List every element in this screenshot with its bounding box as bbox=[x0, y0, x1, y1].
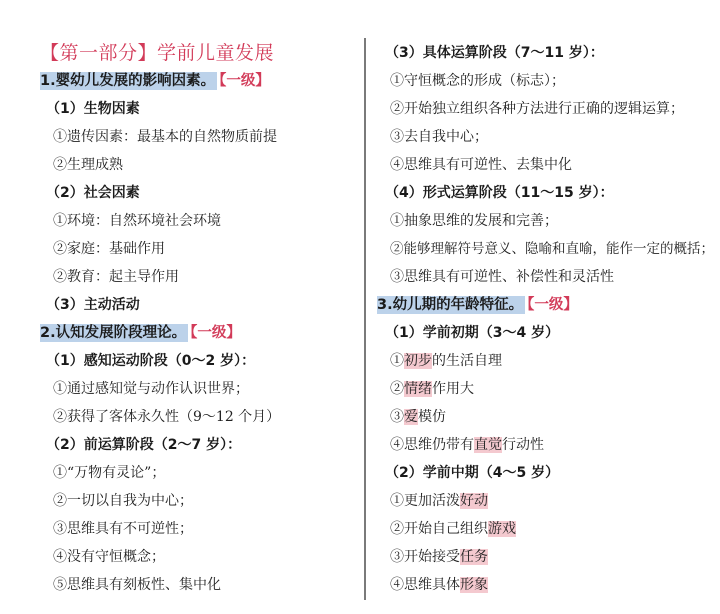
section-heading-1: 1.婴幼儿发展的影响因素。【一级】 bbox=[40, 71, 270, 91]
keyword-highlight: 形象 bbox=[460, 577, 488, 593]
item-text: ① bbox=[390, 353, 404, 369]
list-item: ④思维具有可逆性、去集中化 bbox=[390, 155, 572, 175]
list-item: ③思维具有可逆性、补偿性和灵活性 bbox=[390, 267, 614, 287]
subsection-title: （4）形式运算阶段（11～15 岁）： bbox=[385, 183, 614, 203]
list-item: ②获得了客体永久性（9～12 个月） bbox=[53, 407, 280, 427]
item-text: ①更加活泼 bbox=[390, 493, 460, 509]
list-item: ②教育：起主导作用 bbox=[53, 267, 179, 287]
list-item: ①抽象思维的发展和完善； bbox=[390, 211, 558, 231]
list-item: ②一切以自我为中心； bbox=[53, 491, 193, 511]
list-item: ①遗传因素：最基本的自然物质前提 bbox=[53, 127, 277, 147]
list-item: ①环境：自然环境社会环境 bbox=[53, 211, 221, 231]
list-item: ④思维具体形象 bbox=[390, 575, 488, 595]
list-item: ①守恒概念的形成（标志）； bbox=[390, 71, 565, 91]
section-heading-text: 2.认知发展阶段理论。 bbox=[40, 324, 188, 342]
item-text: 作用大 bbox=[432, 381, 474, 397]
list-item: ②开始独立组织各种方法进行正确的逻辑运算； bbox=[390, 99, 684, 119]
subsection-title: （1）生物因素 bbox=[46, 99, 140, 119]
list-item: ④没有守恒概念； bbox=[53, 547, 165, 567]
item-text: ④思维仍带有 bbox=[390, 437, 474, 453]
list-item: ②开始自己组织游戏 bbox=[390, 519, 516, 539]
section-heading-3: 3.幼儿期的年龄特征。【一级】 bbox=[377, 295, 578, 315]
list-item: ②能够理解符号意义、隐喻和直喻，能作一定的概括； bbox=[390, 239, 714, 259]
level-tag: 【一级】 bbox=[527, 297, 578, 313]
keyword-highlight: 情绪 bbox=[404, 381, 432, 397]
list-item: ①初步的生活自理 bbox=[390, 351, 502, 371]
list-item: ②情绪作用大 bbox=[390, 379, 474, 399]
list-item: ③爱模仿 bbox=[390, 407, 446, 427]
keyword-highlight: 任务 bbox=[460, 549, 488, 565]
list-item: ③思维具有不可逆性； bbox=[53, 519, 193, 539]
item-text: 模仿 bbox=[418, 409, 446, 425]
list-item: ④思维仍带有直觉行动性 bbox=[390, 435, 544, 455]
list-item: ①更加活泼好动 bbox=[390, 491, 488, 511]
list-item: ①通过感知觉与动作认识世界； bbox=[53, 379, 249, 399]
subsection-title: （2）学前中期（4～5 岁） bbox=[385, 463, 559, 483]
item-text: ② bbox=[390, 381, 404, 397]
item-text: 行动性 bbox=[502, 437, 544, 453]
level-tag: 【一级】 bbox=[219, 73, 270, 89]
subsection-title: （2）社会因素 bbox=[46, 183, 140, 203]
item-text: ③ bbox=[390, 409, 404, 425]
item-text: 的生活自理 bbox=[432, 353, 502, 369]
list-item: ①“万物有灵论”； bbox=[53, 463, 165, 483]
list-item: ⑤思维具有刻板性、集中化 bbox=[53, 575, 221, 595]
subsection-title: （1）学前初期（3～4 岁） bbox=[385, 323, 559, 343]
subsection-title: （2）前运算阶段（2～7 岁）： bbox=[46, 435, 241, 455]
item-text: ④思维具体 bbox=[390, 577, 460, 593]
section-heading-2: 2.认知发展阶段理论。【一级】 bbox=[40, 323, 241, 343]
document-page: 【第一部分】学前儿童发展 1.婴幼儿发展的影响因素。【一级】 （1）生物因素 ①… bbox=[0, 0, 720, 614]
item-text: ②开始自己组织 bbox=[390, 521, 488, 537]
page-title: 【第一部分】学前儿童发展 bbox=[40, 40, 274, 66]
keyword-highlight: 爱 bbox=[404, 409, 418, 425]
keyword-highlight: 初步 bbox=[404, 353, 432, 369]
section-heading-text: 1.婴幼儿发展的影响因素。 bbox=[40, 72, 217, 90]
subsection-title: （1）感知运动阶段（0～2 岁）： bbox=[46, 351, 255, 371]
item-text: ③开始接受 bbox=[390, 549, 460, 565]
keyword-highlight: 直觉 bbox=[474, 437, 502, 453]
level-tag: 【一级】 bbox=[190, 325, 241, 341]
keyword-highlight: 好动 bbox=[460, 493, 488, 509]
list-item: ②生理成熟 bbox=[53, 155, 123, 175]
list-item: ③开始接受任务 bbox=[390, 547, 488, 567]
list-item: ②家庭：基础作用 bbox=[53, 239, 165, 259]
list-item: ③去自我中心； bbox=[390, 127, 488, 147]
column-divider bbox=[364, 38, 366, 600]
subsection-title: （3）具体运算阶段（7～11 岁）： bbox=[385, 43, 604, 63]
section-heading-text: 3.幼儿期的年龄特征。 bbox=[377, 296, 525, 314]
subsection-title: （3）主动活动 bbox=[46, 295, 140, 315]
keyword-highlight: 游戏 bbox=[488, 521, 516, 537]
